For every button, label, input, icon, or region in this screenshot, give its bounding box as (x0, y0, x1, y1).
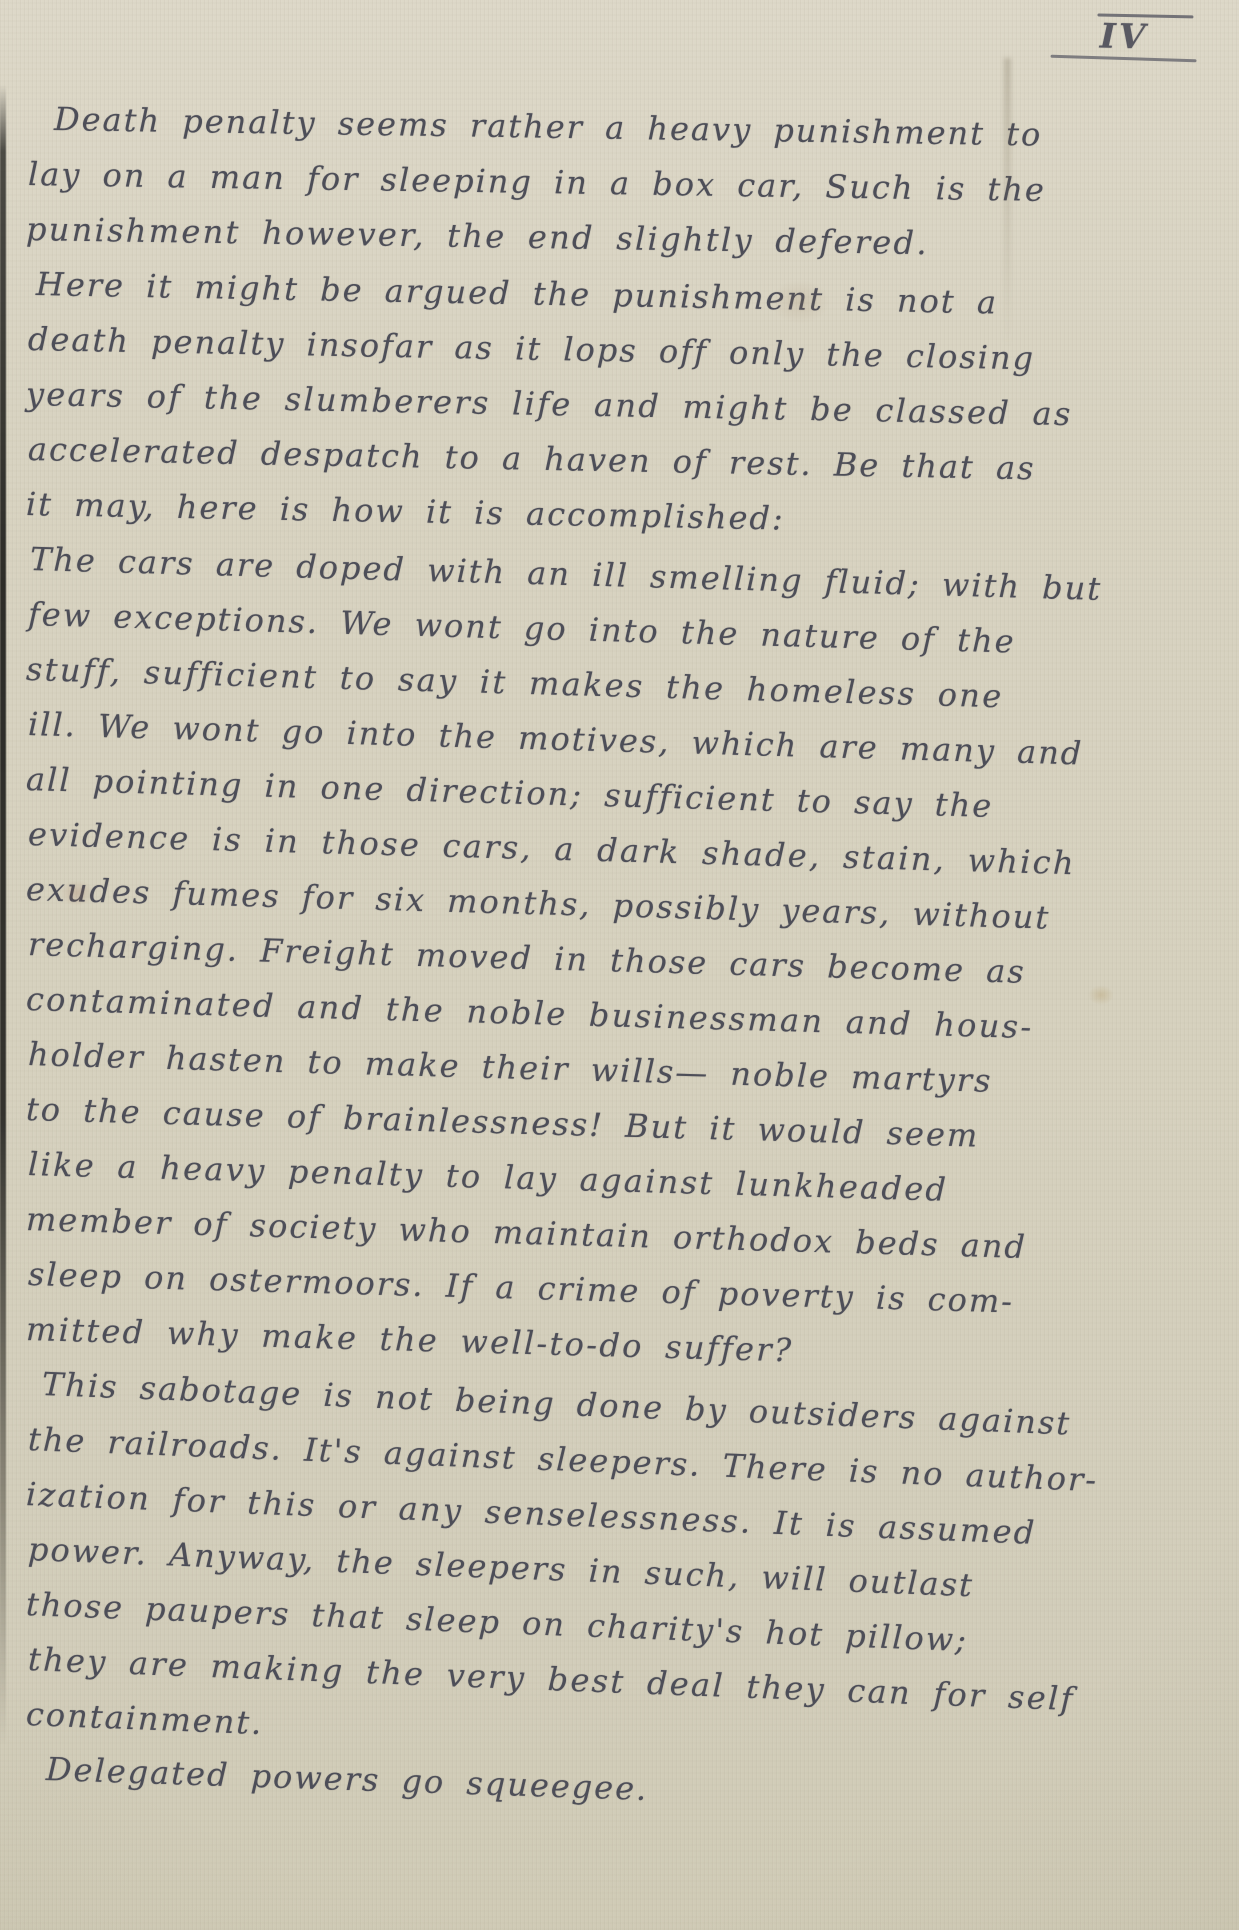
scan-edge-shadow (0, 85, 6, 1745)
manuscript-page: IV Death penalty seems rather a heavy pu… (0, 0, 1239, 1930)
page-number-numeral: IV (1051, 15, 1198, 58)
page-number: IV (1051, 12, 1198, 61)
paragraph: Here it might be argued the punishment i… (26, 257, 1221, 532)
manuscript-body: Death penalty seems rather a heavy punis… (26, 92, 1221, 1797)
paragraph: The cars are doped with an ill smelling … (26, 532, 1221, 1357)
paragraph: This sabotage is not being done by outsi… (26, 1357, 1221, 1742)
paragraph: Death penalty seems rather a heavy punis… (26, 92, 1221, 257)
paper-crease (1004, 58, 1011, 348)
